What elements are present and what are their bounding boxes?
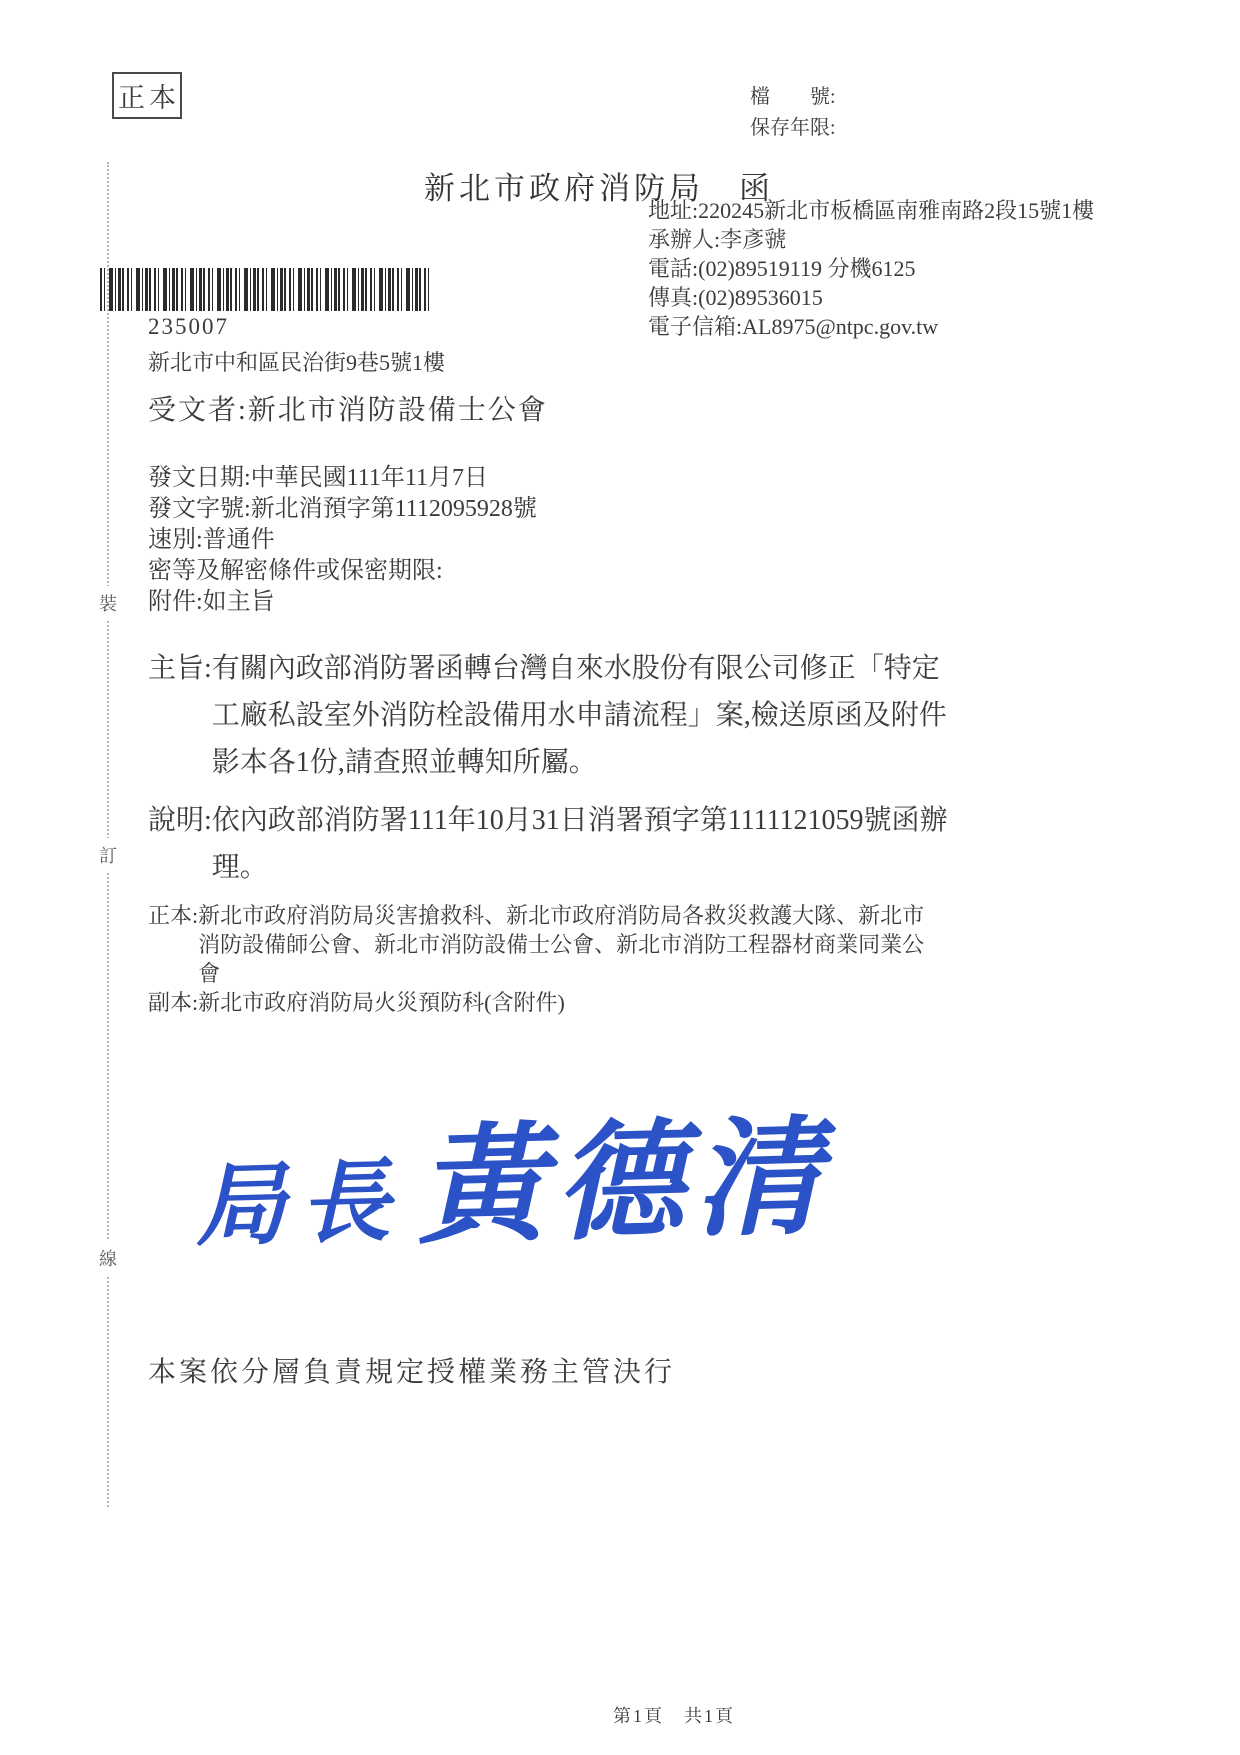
recipient-street-address: 新北市中和區民治街9巷5號1樓 bbox=[148, 346, 445, 377]
meta-security-line: 密等及解密條件或保密期限: bbox=[148, 556, 537, 587]
meta-attachment-line: 附件:如主旨 bbox=[148, 587, 537, 618]
meta-speed-line: 速別:普通件 bbox=[148, 525, 537, 556]
explanation-paragraph: 說明: 依內政部消防署111年10月31日消署預字第1111121059號函辦理… bbox=[148, 797, 992, 891]
subject-paragraph: 主旨: 有關內政部消防署函轉台灣自來水股份有限公司修正「特定工廠私設室外消防栓設… bbox=[148, 645, 952, 786]
copy-stamp: 正本 bbox=[112, 72, 182, 119]
sender-phone-line: 電話:(02)89519119 分機6125 bbox=[648, 254, 1094, 283]
binding-mark-zhuang: 裝 bbox=[97, 586, 119, 620]
director-signature-stamp: 局長黃德清 bbox=[193, 1074, 834, 1275]
original-distribution-paragraph: 正本: 新北市政府消防局災害搶救科、新北市政府消防局各救災救護大隊、新北市消防設… bbox=[148, 901, 943, 988]
original-distribution-label: 正本: bbox=[148, 901, 198, 930]
director-signature-name: 黃德清 bbox=[415, 1107, 833, 1260]
copy-distribution-label: 副本: bbox=[148, 988, 198, 1017]
distribution-block: 正本: 新北市政府消防局災害搶救科、新北市政府消防局各救災救護大隊、新北市消防設… bbox=[148, 901, 943, 1017]
copy-stamp-label: 正本 bbox=[118, 76, 180, 115]
director-signature-title: 局長 bbox=[194, 1153, 405, 1257]
subject-label: 主旨: bbox=[148, 645, 212, 692]
subject-text: 有關內政部消防署函轉台灣自來水股份有限公司修正「特定工廠私設室外消防栓設備用水申… bbox=[212, 645, 952, 786]
delegation-note: 本案依分層負責規定授權業務主管決行 bbox=[148, 1350, 675, 1390]
meta-block: 發文日期:中華民國111年11月7日 發文字號:新北消預字第1112095928… bbox=[148, 463, 537, 618]
document-page: 正本 檔 號: 保存年限: 新北市政府消防局 函 地址:220245新北市板橋區… bbox=[0, 0, 1240, 1755]
meta-date-line: 發文日期:中華民國111年11月7日 bbox=[148, 463, 537, 494]
retention-line: 保存年限: bbox=[750, 113, 836, 144]
explanation-label: 說明: bbox=[148, 797, 212, 844]
explanation-text: 依內政部消防署111年10月31日消署預字第1111121059號函辦理。 bbox=[212, 797, 992, 891]
copy-distribution-text: 新北市政府消防局火災預防科(含附件) bbox=[198, 988, 943, 1017]
binding-mark-xian: 線 bbox=[97, 1241, 119, 1275]
barcode-number: 235007 bbox=[148, 314, 229, 340]
recipient-line: 受文者:新北市消防設備士公會 bbox=[148, 388, 548, 428]
sender-email-line: 電子信箱:AL8975@ntpc.gov.tw bbox=[648, 312, 1094, 341]
binding-dotted-line bbox=[107, 162, 109, 1507]
sender-contact-line: 承辦人:李彥虢 bbox=[648, 225, 1094, 254]
copy-distribution-paragraph: 副本: 新北市政府消防局火災預防科(含附件) bbox=[148, 988, 943, 1017]
sender-fax-line: 傳真:(02)89536015 bbox=[648, 283, 1094, 312]
barcode bbox=[100, 268, 431, 311]
binding-mark-ding: 訂 bbox=[97, 838, 119, 872]
sender-address-line: 地址:220245新北市板橋區南雅南路2段15號1樓 bbox=[648, 196, 1094, 225]
sender-info: 地址:220245新北市板橋區南雅南路2段15號1樓 承辦人:李彥虢 電話:(0… bbox=[648, 196, 1094, 341]
file-no-line: 檔 號: bbox=[750, 82, 836, 113]
page-footer: 第1頁 共1頁 bbox=[613, 1702, 735, 1728]
file-header: 檔 號: 保存年限: bbox=[750, 82, 836, 144]
meta-docno-line: 發文字號:新北消預字第1112095928號 bbox=[148, 494, 537, 525]
original-distribution-text: 新北市政府消防局災害搶救科、新北市政府消防局各救災救護大隊、新北市消防設備師公會… bbox=[198, 901, 943, 988]
